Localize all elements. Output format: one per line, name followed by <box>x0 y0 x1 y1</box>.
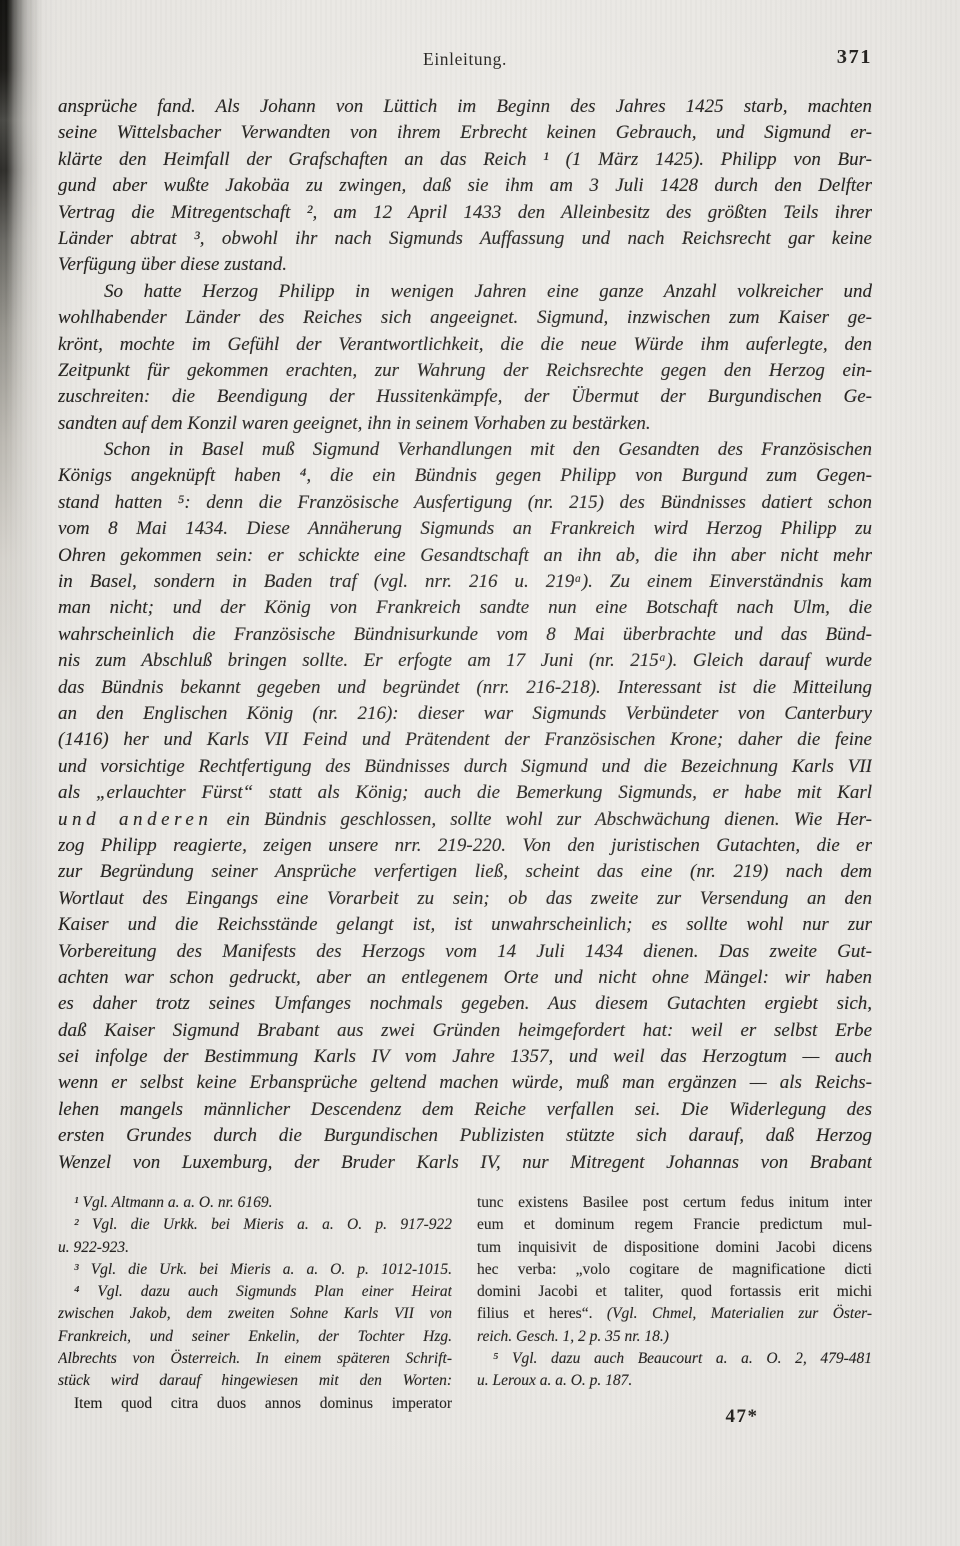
text-segment: (Vgl. Chmel, Materialien zur Öster- <box>607 1305 872 1322</box>
body-text-line: wahrscheinlich die Französische Bündnisu… <box>58 622 872 648</box>
text-segment: Wortlaut des Eingangs eine Vorarbeit zu … <box>58 888 872 909</box>
page-header: Einleitung. 371 <box>58 49 872 75</box>
text-segment: Frankreich, und seiner Enkelin, der Toch… <box>58 1328 452 1345</box>
body-text-line: zog Philipp reagierte, zeigen unsere nrr… <box>58 833 872 859</box>
body-text-line: ansprüche fand. Als Johann von Lüttich i… <box>58 94 872 120</box>
text-segment: es daher trotz seines Umfanges nochmals … <box>58 993 872 1014</box>
body-text-line: an den Englischen König (nr. 216): diese… <box>58 701 872 727</box>
text-segment: und anderen <box>58 809 212 830</box>
text-segment: zog Philipp reagierte, zeigen unsere nrr… <box>58 835 872 856</box>
text-segment: das Bündnis bekannt gegeben und begründe… <box>58 677 872 698</box>
text-segment: domini Jacobi et taliter, quod fortassis… <box>477 1283 872 1300</box>
text-segment: ein Bündnis geschlossen, sollte wohl zur… <box>212 809 872 830</box>
text-segment: klärte den Heimfall der Grafschaften an … <box>58 149 872 170</box>
text-segment: reich. Gesch. 1, 2 p. 35 nr. 18.) <box>477 1328 669 1345</box>
footnote-line: u. 922-923. <box>58 1237 452 1259</box>
body-text-line: daß Kaiser Sigmund Brabant aus zwei Grün… <box>58 1018 872 1044</box>
body-text-line: Kaiser und die Reichsstände gelangt ist,… <box>58 912 872 938</box>
text-segment: u. Leroux a. a. O. p. 187. <box>477 1372 632 1389</box>
body-text-line: sandten auf dem Konzil waren geeignet, i… <box>58 411 872 437</box>
text-segment: Vorbereitung des Manifests des Herzogs v… <box>58 941 872 962</box>
body-text-line: Länder abtrat ³, obwohl ihr nach Sigmund… <box>58 226 872 252</box>
body-text-line: stand hatten ⁵: denn die Französische Au… <box>58 490 872 516</box>
text-segment: stück wird darauf hingewiesen mit den Wo… <box>58 1372 452 1389</box>
text-segment: wenn er selbst keine Erbansprüche gelten… <box>58 1072 872 1093</box>
body-text-line: achten war schon gedruckt, aber an entle… <box>58 965 872 991</box>
text-segment: Albrechts von Österreich. In einem späte… <box>58 1350 452 1367</box>
paragraph: ansprüche fand. Als Johann von Lüttich i… <box>58 94 872 279</box>
body-text-line: Verfügung über diese zustand. <box>58 252 872 278</box>
footnote-line: filius et heres“. (Vgl. Chmel, Materiali… <box>477 1303 872 1325</box>
text-segment: als „erlauchter Fürst“ statt als König; … <box>58 782 872 803</box>
text-segment: zwischen Jakob, dem zweiten Sohne Karls … <box>58 1305 452 1322</box>
text-segment: vom 8 Mai 1434. Diese Annäherung Sigmund… <box>58 518 872 539</box>
footnote-line: ⁴ Vgl. dazu auch Sigmunds Plan einer Hei… <box>58 1281 452 1303</box>
text-segment: krönt, mochte im Gefühl der Verantwortli… <box>58 334 872 355</box>
text-segment: stand hatten ⁵: denn die Französische Au… <box>58 492 872 513</box>
body-text-line: Wortlaut des Eingangs eine Vorarbeit zu … <box>58 886 872 912</box>
text-segment: zuschreiten: die Beendigung der Hussiten… <box>58 386 872 407</box>
text-segment: ⁴ Vgl. dazu auch Sigmunds Plan einer Hei… <box>74 1283 452 1300</box>
text-segment: hec verba: „volo cogitare de magnificati… <box>477 1261 872 1278</box>
body-text-line: Schon in Basel muß Sigmund Verhandlungen… <box>58 437 872 463</box>
text-segment: tum inquisivit de dispositione domini Ja… <box>477 1239 872 1256</box>
body-text-line: seine Wittelsbacher Verwandten von ihrem… <box>58 120 872 146</box>
footnote-column-right: tunc existens Basilee post certum fedus … <box>477 1192 872 1393</box>
text-segment: Kaiser und die Reichsstände gelangt ist,… <box>58 914 872 935</box>
text-segment: Königs angeknüpft haben ⁴, die ein Bündn… <box>58 465 872 486</box>
footnote-line: Frankreich, und seiner Enkelin, der Toch… <box>58 1326 452 1348</box>
body-text-line: Zeitpunkt für gekommen erachten, zur Wah… <box>58 358 872 384</box>
text-segment: an den Englischen König (nr. 216): diese… <box>58 703 872 724</box>
text-segment: und vorsichtige Rechtfertigung des Bündn… <box>58 756 872 777</box>
text-segment: wahrscheinlich die Französische Bündnisu… <box>58 624 872 645</box>
footnote-line: ² Vgl. die Urkk. bei Mieris a. a. O. p. … <box>58 1214 452 1236</box>
footnote-line: domini Jacobi et taliter, quod fortassis… <box>477 1281 872 1303</box>
text-segment: Wenzel von Luxemburg, der Bruder Karls I… <box>58 1152 872 1173</box>
text-segment: in Basel, sondern in Baden traf (vgl. nr… <box>58 571 872 592</box>
text-segment: Länder abtrat ³, obwohl ihr nach Sigmund… <box>58 228 872 249</box>
text-segment: ² Vgl. die Urkk. bei Mieris a. a. O. p. … <box>74 1216 452 1233</box>
text-segment: ³ Vgl. die Urk. bei Mieris a. a. O. p. 1… <box>74 1261 452 1278</box>
text-segment: So hatte Herzog Philipp in wenigen Jahre… <box>104 281 872 302</box>
body-text-line: Vorbereitung des Manifests des Herzogs v… <box>58 939 872 965</box>
footnote-line: 50stück wird darauf hingewiesen mit den … <box>58 1370 452 1392</box>
text-segment: ⁵ Vgl. dazu auch Beaucourt a. a. O. 2, 4… <box>493 1350 872 1367</box>
body-text-line: 25(1416) her und Karls VII Feind und Prä… <box>58 727 872 753</box>
book-page: Einleitung. 371 ansprüche fand. Als Joha… <box>0 0 960 1546</box>
page-number: 371 <box>837 46 872 69</box>
text-segment: filius et heres“. <box>477 1305 607 1322</box>
body-text-line: sei infolge der Bestimmung Karls IV vom … <box>58 1044 872 1070</box>
body-text-line: das Bündnis bekannt gegeben und begründe… <box>58 675 872 701</box>
body-text-line: 35es daher trotz seines Umfanges nochmal… <box>58 991 872 1017</box>
footnote-line: tunc existens Basilee post certum fedus … <box>477 1192 872 1214</box>
text-segment: sandten auf dem Konzil waren geeignet, i… <box>58 413 651 434</box>
text-segment: eum et dominum regem Francie predictum m… <box>477 1216 872 1233</box>
body-text-line: 5Vertrag die Mitregentschaft ², am 12 Ap… <box>58 200 872 226</box>
text-segment: Verfügung über diese zustand. <box>58 254 287 275</box>
text-segment: Item quod citra duos annos dominus imper… <box>74 1395 452 1412</box>
footnote-line: u. Leroux a. a. O. p. 187. <box>477 1370 872 1392</box>
text-segment: zur Begründung seiner Ansprüche verferti… <box>58 861 872 882</box>
footnote-line: ¹ Vgl. Altmann a. a. O. nr. 6169. <box>58 1192 452 1214</box>
footnote-line: Item quod citra duos annos dominus imper… <box>58 1393 452 1415</box>
text-segment: lehen mangels männlicher Descendenz dem … <box>58 1099 872 1120</box>
text-segment: achten war schon gedruckt, aber an entle… <box>58 967 872 988</box>
footnote-line: ⁵ Vgl. dazu auch Beaucourt a. a. O. 2, 4… <box>477 1348 872 1370</box>
text-segment: Ohren gekommen sein: er schickte eine Ge… <box>58 545 872 566</box>
signature-mark: 47* <box>692 1406 792 1428</box>
body-text-line: gund aber wußte Jakobäa zu zwingen, daß … <box>58 173 872 199</box>
body-text-line: Ohren gekommen sein: er schickte eine Ge… <box>58 543 872 569</box>
body-text-line: 40ersten Grundes durch die Burgundischen… <box>58 1123 872 1149</box>
body-text-line: und vorsichtige Rechtfertigung des Bündn… <box>58 754 872 780</box>
footnote-column-left: ¹ Vgl. Altmann a. a. O. nr. 6169.² Vgl. … <box>58 1192 452 1415</box>
text-segment: (1416) her und Karls VII Feind und Präte… <box>58 729 872 750</box>
body-text-line: als „erlauchter Fürst“ statt als König; … <box>58 780 872 806</box>
body-text: ansprüche fand. Als Johann von Lüttich i… <box>58 94 872 1176</box>
footnote-line: tum inquisivit de dispositione domini Ja… <box>477 1237 872 1259</box>
body-text-line: und anderen ein Bündnis geschlossen, sol… <box>58 807 872 833</box>
text-segment: wohlhabender Länder des Reiches sich ang… <box>58 307 872 328</box>
scan-edge-shadow <box>0 0 42 1546</box>
text-segment: seine Wittelsbacher Verwandten von ihrem… <box>58 122 872 143</box>
body-text-line: 10krönt, mochte im Gefühl der Verantwort… <box>58 332 872 358</box>
body-text-line: in Basel, sondern in Baden traf (vgl. nr… <box>58 569 872 595</box>
body-text-line: 15Königs angeknüpft haben ⁴, die ein Bün… <box>58 463 872 489</box>
body-text-line: klärte den Heimfall der Grafschaften an … <box>58 147 872 173</box>
body-text-line: lehen mangels männlicher Descendenz dem … <box>58 1097 872 1123</box>
text-segment: ansprüche fand. Als Johann von Lüttich i… <box>58 96 872 117</box>
text-segment: Vertrag die Mitregentschaft ², am 12 Apr… <box>58 202 872 223</box>
text-segment: ersten Grundes durch die Burgundischen P… <box>58 1125 872 1146</box>
body-text-line: 30zur Begründung seiner Ansprüche verfer… <box>58 859 872 885</box>
text-segment: tunc existens Basilee post certum fedus … <box>477 1194 872 1211</box>
footnote-line: hec verba: „volo cogitare de magnificati… <box>477 1259 872 1281</box>
running-title: Einleitung. <box>58 49 872 70</box>
text-segment: nis zum Abschluß bringen sollte. Er erfo… <box>58 650 872 671</box>
text-segment: ¹ Vgl. Altmann a. a. O. nr. 6169. <box>74 1194 273 1211</box>
body-text-line: vom 8 Mai 1434. Diese Annäherung Sigmund… <box>58 516 872 542</box>
body-text-line: 20man nicht; und der König von Frankreic… <box>58 595 872 621</box>
footnote-line: zwischen Jakob, dem zweiten Sohne Karls … <box>58 1303 452 1325</box>
paragraph: So hatte Herzog Philipp in wenigen Jahre… <box>58 279 872 437</box>
text-segment: man nicht; und der König von Frankreich … <box>58 597 872 618</box>
footnote-line: Albrechts von Österreich. In einem späte… <box>58 1348 452 1370</box>
text-block: Einleitung. 371 ansprüche fand. Als Joha… <box>58 0 872 1546</box>
text-segment: Schon in Basel muß Sigmund Verhandlungen… <box>104 439 872 460</box>
body-text-line: nis zum Abschluß bringen sollte. Er erfo… <box>58 648 872 674</box>
footnote-line: reich. Gesch. 1, 2 p. 35 nr. 18.) <box>477 1326 872 1348</box>
text-segment: Zeitpunkt für gekommen erachten, zur Wah… <box>58 360 872 381</box>
footnote-line: 45³ Vgl. die Urk. bei Mieris a. a. O. p.… <box>58 1259 452 1281</box>
text-segment: daß Kaiser Sigmund Brabant aus zwei Grün… <box>58 1020 872 1041</box>
body-text-line: Wenzel von Luxemburg, der Bruder Karls I… <box>58 1150 872 1176</box>
text-segment: sei infolge der Bestimmung Karls IV vom … <box>58 1046 872 1067</box>
body-text-line: wohlhabender Länder des Reiches sich ang… <box>58 305 872 331</box>
text-segment: gund aber wußte Jakobäa zu zwingen, daß … <box>58 175 872 196</box>
footnote-line: eum et dominum regem Francie predictum m… <box>477 1214 872 1236</box>
body-text-line: zuschreiten: die Beendigung der Hussiten… <box>58 384 872 410</box>
body-text-line: wenn er selbst keine Erbansprüche gelten… <box>58 1070 872 1096</box>
paragraph: Schon in Basel muß Sigmund Verhandlungen… <box>58 437 872 1176</box>
text-segment: u. 922-923. <box>58 1239 129 1256</box>
body-text-line: So hatte Herzog Philipp in wenigen Jahre… <box>58 279 872 305</box>
